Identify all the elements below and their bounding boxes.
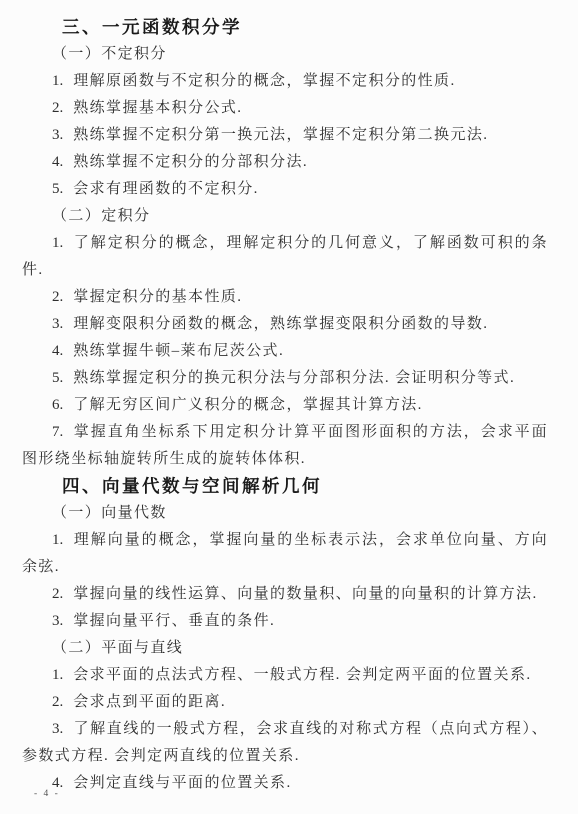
list-item: 3.了解直线的一般式方程，会求直线的对称式方程（点向式方程）、参数式方程. 会判…: [22, 716, 548, 770]
item-text: 理解向量的概念，掌握向量的坐标表示法，会求单位向量、方向余弦.: [22, 532, 548, 575]
section-heading-vector-algebra: 四、向量代数与空间解析几何: [22, 473, 548, 500]
item-text: 掌握定积分的基本性质.: [73, 289, 242, 305]
subsection-title-definite-integral: （二）定积分: [22, 203, 548, 230]
section-heading-integral-calculus: 三、一元函数积分学: [22, 14, 548, 41]
item-number: 7.: [52, 424, 73, 440]
list-item: 3.熟练掌握不定积分第一换元法，掌握不定积分第二换元法.: [22, 122, 548, 149]
item-text: 熟练掌握定积分的换元积分法与分部积分法. 会证明积分等式.: [73, 370, 515, 386]
item-number: 1.: [52, 73, 73, 89]
item-text: 掌握向量的线性运算、向量的数量积、向量的向量积的计算方法.: [73, 586, 537, 602]
list-item: 6.了解无穷区间广义积分的概念，掌握其计算方法.: [22, 392, 548, 419]
list-item: 5.会求有理函数的不定积分.: [22, 176, 548, 203]
item-text: 了解定积分的概念，理解定积分的几何意义，了解函数可积的条件.: [22, 235, 548, 278]
list-item: 4.熟练掌握牛顿–莱布尼茨公式.: [22, 338, 548, 365]
list-item: 4.会判定直线与平面的位置关系.: [22, 770, 548, 797]
list-item: 2.掌握向量的线性运算、向量的数量积、向量的向量积的计算方法.: [22, 581, 548, 608]
item-number: 1.: [52, 235, 73, 251]
item-number: 4.: [52, 154, 73, 170]
item-text: 了解直线的一般式方程，会求直线的对称式方程（点向式方程）、参数式方程. 会判定两…: [22, 721, 548, 764]
subsection-title-vector-algebra: （一）向量代数: [22, 500, 548, 527]
list-item: 2.掌握定积分的基本性质.: [22, 284, 548, 311]
subsection-title-indefinite-integral: （一）不定积分: [22, 41, 548, 68]
list-item: 1.了解定积分的概念，理解定积分的几何意义，了解函数可积的条件.: [22, 230, 548, 284]
list-item: 1.理解原函数与不定积分的概念，掌握不定积分的性质.: [22, 68, 548, 95]
list-item: 5.熟练掌握定积分的换元积分法与分部积分法. 会证明积分等式.: [22, 365, 548, 392]
item-number: 5.: [52, 370, 73, 386]
item-number: 3.: [52, 127, 73, 143]
item-text: 理解变限积分函数的概念，熟练掌握变限积分函数的导数.: [73, 316, 488, 332]
list-item: 2.熟练掌握基本积分公式.: [22, 95, 548, 122]
list-item: 1.会求平面的点法式方程、一般式方程. 会判定两平面的位置关系.: [22, 662, 548, 689]
item-number: 4.: [52, 343, 73, 359]
item-number: 6.: [52, 397, 73, 413]
item-text: 会求平面的点法式方程、一般式方程. 会判定两平面的位置关系.: [73, 667, 531, 683]
item-text: 熟练掌握不定积分第一换元法，掌握不定积分第二换元法.: [73, 127, 488, 143]
item-number: 3.: [52, 316, 73, 332]
list-item: 3.掌握向量平行、垂直的条件.: [22, 608, 548, 635]
page-number: - 4 -: [34, 789, 60, 799]
list-item: 7.掌握直角坐标系下用定积分计算平面图形面积的方法，会求平面图形绕坐标轴旋转所生…: [22, 419, 548, 473]
document-page: 三、一元函数积分学 （一）不定积分 1.理解原函数与不定积分的概念，掌握不定积分…: [0, 0, 578, 814]
item-text: 熟练掌握不定积分的分部积分法.: [73, 154, 308, 170]
item-text: 熟练掌握牛顿–莱布尼茨公式.: [73, 343, 284, 359]
item-number: 5.: [52, 181, 73, 197]
item-text: 会判定直线与平面的位置关系.: [73, 775, 291, 791]
list-item: 1.理解向量的概念，掌握向量的坐标表示法，会求单位向量、方向余弦.: [22, 527, 548, 581]
item-text: 掌握向量平行、垂直的条件.: [73, 613, 275, 629]
item-number: 2.: [52, 586, 73, 602]
item-number: 1.: [52, 532, 73, 548]
list-item: 2.会求点到平面的距离.: [22, 689, 548, 716]
item-number: 3.: [52, 613, 73, 629]
item-text: 掌握直角坐标系下用定积分计算平面图形面积的方法，会求平面图形绕坐标轴旋转所生成的…: [22, 424, 548, 467]
list-item: 3.理解变限积分函数的概念，熟练掌握变限积分函数的导数.: [22, 311, 548, 338]
item-text: 理解原函数与不定积分的概念，掌握不定积分的性质.: [73, 73, 455, 89]
item-text: 了解无穷区间广义积分的概念，掌握其计算方法.: [73, 397, 423, 413]
item-number: 2.: [52, 100, 73, 116]
item-text: 熟练掌握基本积分公式.: [73, 100, 242, 116]
list-item: 4.熟练掌握不定积分的分部积分法.: [22, 149, 548, 176]
subsection-title-plane-and-line: （二）平面与直线: [22, 635, 548, 662]
item-text: 会求有理函数的不定积分.: [73, 181, 259, 197]
item-number: 3.: [52, 721, 73, 737]
item-text: 会求点到平面的距离.: [73, 694, 226, 710]
item-number: 1.: [52, 667, 73, 683]
item-number: 2.: [52, 694, 73, 710]
item-number: 2.: [52, 289, 73, 305]
